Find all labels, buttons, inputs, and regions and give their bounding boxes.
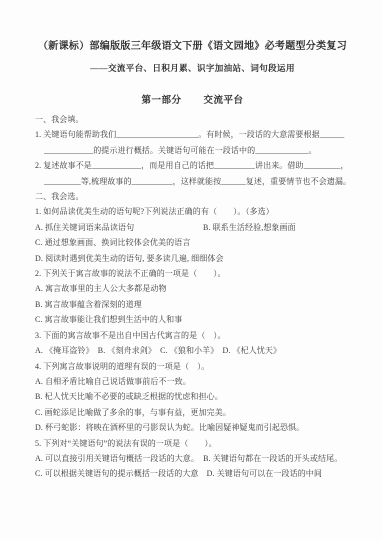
choice-question-1-option-a: A. 抓住关键词语来品读语句 bbox=[35, 220, 203, 235]
choice-question-5-options-cd: C. 可以根据关键语句的提示概括一段话的大意 D. 关键语句可以在一段话的中间 bbox=[35, 466, 350, 481]
choice-question-2-option-c: C. 寓言故事能让我们想到生活中的人和事 bbox=[35, 312, 350, 327]
document-title: （新课标）部编版版三年级语文下册《语文园地》必考题型分类复习 bbox=[29, 40, 356, 53]
choice-question-3-stem: 3. 下面的寓言故事不是出自中国古代寓言的是（ ）。 bbox=[35, 328, 350, 343]
section-1-heading: 一、我会填。 bbox=[35, 112, 350, 127]
choice-question-4-option-d: D. 杯弓蛇影：将映在酒杯里的弓影误认为蛇。比喻因疑神疑鬼而引起恐惧。 bbox=[35, 420, 350, 435]
worksheet-page: （新课标）部编版版三年级语文下册《语文园地》必考题型分类复习 ——交流平台、日积… bbox=[0, 0, 382, 540]
choice-question-4-stem: 4. 下列寓言故事说明的道理有误的一项是（ ）。 bbox=[35, 359, 350, 374]
document-body: 一、我会填。 1. 关键语句能帮助我们____________________。… bbox=[35, 112, 350, 482]
choice-question-1-options-ab: A. 抓住关键词语来品读语句 B. 联系生活经验,想象画面 bbox=[35, 220, 350, 235]
section-2-heading: 二、我会选。 bbox=[35, 189, 350, 204]
choice-question-3-options: A. 《掩耳盗铃》 B. 《刻舟求剑》 C. 《狼和小羊》 D. 《杞人忧天》 bbox=[35, 343, 350, 358]
choice-question-1-option-b: B. 联系生活经验,想象画面 bbox=[203, 220, 296, 235]
choice-question-2-stem: 2. 下列关于寓言故事的说法不正确的一项是（ ）。 bbox=[35, 266, 350, 281]
part-label: 第一部分 bbox=[141, 95, 181, 107]
choice-question-5-stem: 5. 下列对“关键语句”的说法有误的一项是（ ）。 bbox=[35, 436, 350, 451]
fill-question-1-line-1: 1. 关键语句能帮助我们____________________。有时候，一段话… bbox=[35, 127, 350, 142]
choice-question-4-option-c: C. 画蛇添足比喻做了多余的事，与事有益，更加完美。 bbox=[35, 405, 350, 420]
fill-question-2-line-2: _________等,梳理故事的__________，这样就能按______复述… bbox=[35, 174, 350, 189]
fill-question-1-line-2: ____________的提示进行概括。关键语句可能在一段话中的________… bbox=[35, 143, 350, 158]
choice-question-1-option-d: D. 阅读时遇到优美生动的语句, 要多读几遍, 细细体会 bbox=[35, 251, 350, 266]
choice-question-2-option-b: B. 寓言故事蕴含着深刻的道理 bbox=[35, 297, 350, 312]
choice-question-4-option-a: A. 自相矛盾比喻自己说话做事前后不一致。 bbox=[35, 374, 350, 389]
choice-question-2-option-a: A. 寓言故事里的主人公大多都是动物 bbox=[35, 281, 350, 296]
document-subtitle: ——交流平台、日积月累、识字加油站、词句段运用 bbox=[35, 63, 350, 74]
choice-question-4-option-b: B. 杞人忧天比喻不必要的或缺乏根据的忧虑和担心。 bbox=[35, 389, 350, 404]
choice-question-1-option-c: C. 通过想象画面、换词比较体会优美的语言 bbox=[35, 235, 350, 250]
fill-question-2-line-1: 2. 复述故事不是____________，而是用自己的话把__________… bbox=[35, 158, 350, 173]
choice-question-5-options-ab: A. 可以直接引用关键语句概括一段话的大意。 B. 关键语句都在一段话的开头或结… bbox=[35, 451, 350, 466]
choice-question-1-stem: 1. 如何品读优美生动的语句呢?下列说法正确的有（ ）。（多选） bbox=[35, 204, 350, 219]
part-header: 第一部分 交流平台 bbox=[35, 95, 350, 107]
part-name: 交流平台 bbox=[204, 95, 244, 107]
